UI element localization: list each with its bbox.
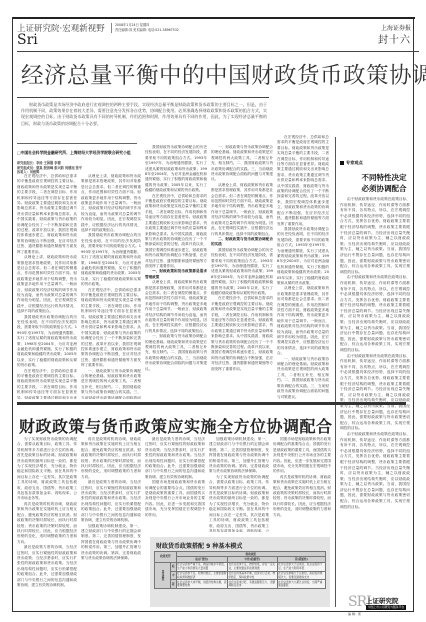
top-rule xyxy=(13,17,415,19)
sidebar-body: 由于财政政策和货币政策在政策目标、作用机制、传导途径、作用时滞等方面都有所不同，… xyxy=(340,197,410,592)
masthead: 上证研究院·宏观新视野 2008年1月24日 星期四 责任编辑:刘 美术编辑: … xyxy=(17,21,411,49)
sri-logotype: Sri xyxy=(17,32,38,48)
table-row: 紧 社会总需求大体平衡，但经济结构失衡，需要调整结构 社会总需求过旺，有通货膨胀… xyxy=(155,580,326,589)
article2-column-5: 国债市场是财政政策和货币政策协调配合的重要结合点。国债的发行是财政政策的重要工具… xyxy=(273,437,331,532)
sidebar-tag: 专家观点 xyxy=(340,160,363,166)
masthead-separator xyxy=(111,23,112,33)
table-title: 财政货币政策搭配 9 种基本模式 xyxy=(156,541,242,550)
article1-lead: 财政货币政策是市场经济中政府进行宏观调控的两种主要手段。实现经济总量平衡是财政政… xyxy=(21,102,267,127)
headline-rule xyxy=(17,97,269,98)
editor-credits: 责任编辑:刘 美术编辑: 电话:021-38967532 xyxy=(115,27,179,32)
sidebar-title: 不同特性决定 必须协调配合 xyxy=(349,172,419,194)
article2-column-4: 加强政策协调机制建设。第一，建立财政部门与中央银行的定期会商制度。第二，完善国债… xyxy=(209,437,269,532)
credits-rule xyxy=(17,143,137,144)
page-label: 封十六 xyxy=(378,31,411,46)
editor-credit: 编 辑：郑 xyxy=(348,612,361,616)
sidebar-divider xyxy=(335,137,336,607)
article2-column-2: 再次是政策时机的协调，财政政策和货币政策在实施时机上应当相互配合，避免政策效应的… xyxy=(81,437,141,607)
table-row-group: 货币政策 xyxy=(155,562,171,588)
article1-column-1: 在宏观经济中，总供给和总需求的平衡是政府宏观调控的主要目标。财政政策和货币政策是… xyxy=(17,174,77,399)
article1-column-2: 从理论上讲，财政政策和货币政策都是需求管理政策，其作用对象都是社会总需求。但二者… xyxy=(81,174,141,399)
square-bullet-icon xyxy=(340,161,344,165)
research-group-title: □中国社会科学院金融研究所、上海财经大学经济学院联合研究小组 xyxy=(17,150,137,156)
article1-column-4: 一、财政政策与货币政策协调配合的理论基础。财政政策和货币政策是宏观调控的两大政策… xyxy=(211,145,273,399)
policy-matrix-box: 财政货币政策搭配 9 种基本模式 政策类型 财政政策 松(扩张性) 中性(稳健型… xyxy=(150,537,330,607)
article1-headline: 经济总量平衡中的中国财政货币政策协调 xyxy=(21,58,426,90)
sri-logo: SRI 上证研究院 中国上市公司研究与服务平台 编 辑：郑 xyxy=(348,594,408,616)
sri-logo-tagline: 中国上市公司研究与服务平台 xyxy=(366,605,406,610)
article2-headline: 财政政策与货币政策应实施全方位协调配合 xyxy=(19,414,333,437)
table-corner: 政策类型 xyxy=(155,552,177,563)
article1-column-3: 我国财政货币政策协调配合的历史经验表明，在不同的经济发展阶段，需要采取不同的政策… xyxy=(145,145,207,399)
section-heading: 一、财政政策和货币政策都是需求管理政策 xyxy=(145,269,207,278)
masthead-rule xyxy=(17,51,419,52)
newspaper-page: 上证研究院·宏观新视野 2008年1月24日 星期四 责任编辑:刘 美术编辑: … xyxy=(12,17,414,612)
article2-column-3: 最后是政策力度的协调，当经济过热时，应实行紧缩性的财政政策和货币政策；当经济萧条… xyxy=(145,437,205,532)
article1-column-5: 在宏观经济中，总供给和总需求的平衡是政府宏观调控的主要目标。财政政策和货币政策是… xyxy=(277,135,329,399)
section-heading: 二、财政政策与货币政策协调配合的实践 xyxy=(211,237,273,246)
table-row: 中 社会总需求不足，但物价稳定，主要依靠财政政策刺激经济 社会总供求基本平衡，经… xyxy=(155,571,326,580)
table-row: 货币政策 松 社会总需求严重不足，物品价格水平很低，生产能力和资源有大量闲置 社… xyxy=(155,562,326,571)
sri-logo-name: 上证研究院 xyxy=(366,596,399,605)
section-divider-rule xyxy=(17,402,406,405)
policy-matrix-table: 政策类型 财政政策 松(扩张性) 中性(稳健型) 紧(紧缩性) 货币政策 松 社… xyxy=(154,551,326,589)
article2-column-1: 为了实现财政货币政策的协调配合，需要从政策目标、政策工具、传导机制等多方面进行全… xyxy=(17,437,77,607)
research-group-credits: □中国社会科学院金融研究所、上海财经大学经济学院联合研究小组 研究组组长：李扬 … xyxy=(17,143,137,175)
